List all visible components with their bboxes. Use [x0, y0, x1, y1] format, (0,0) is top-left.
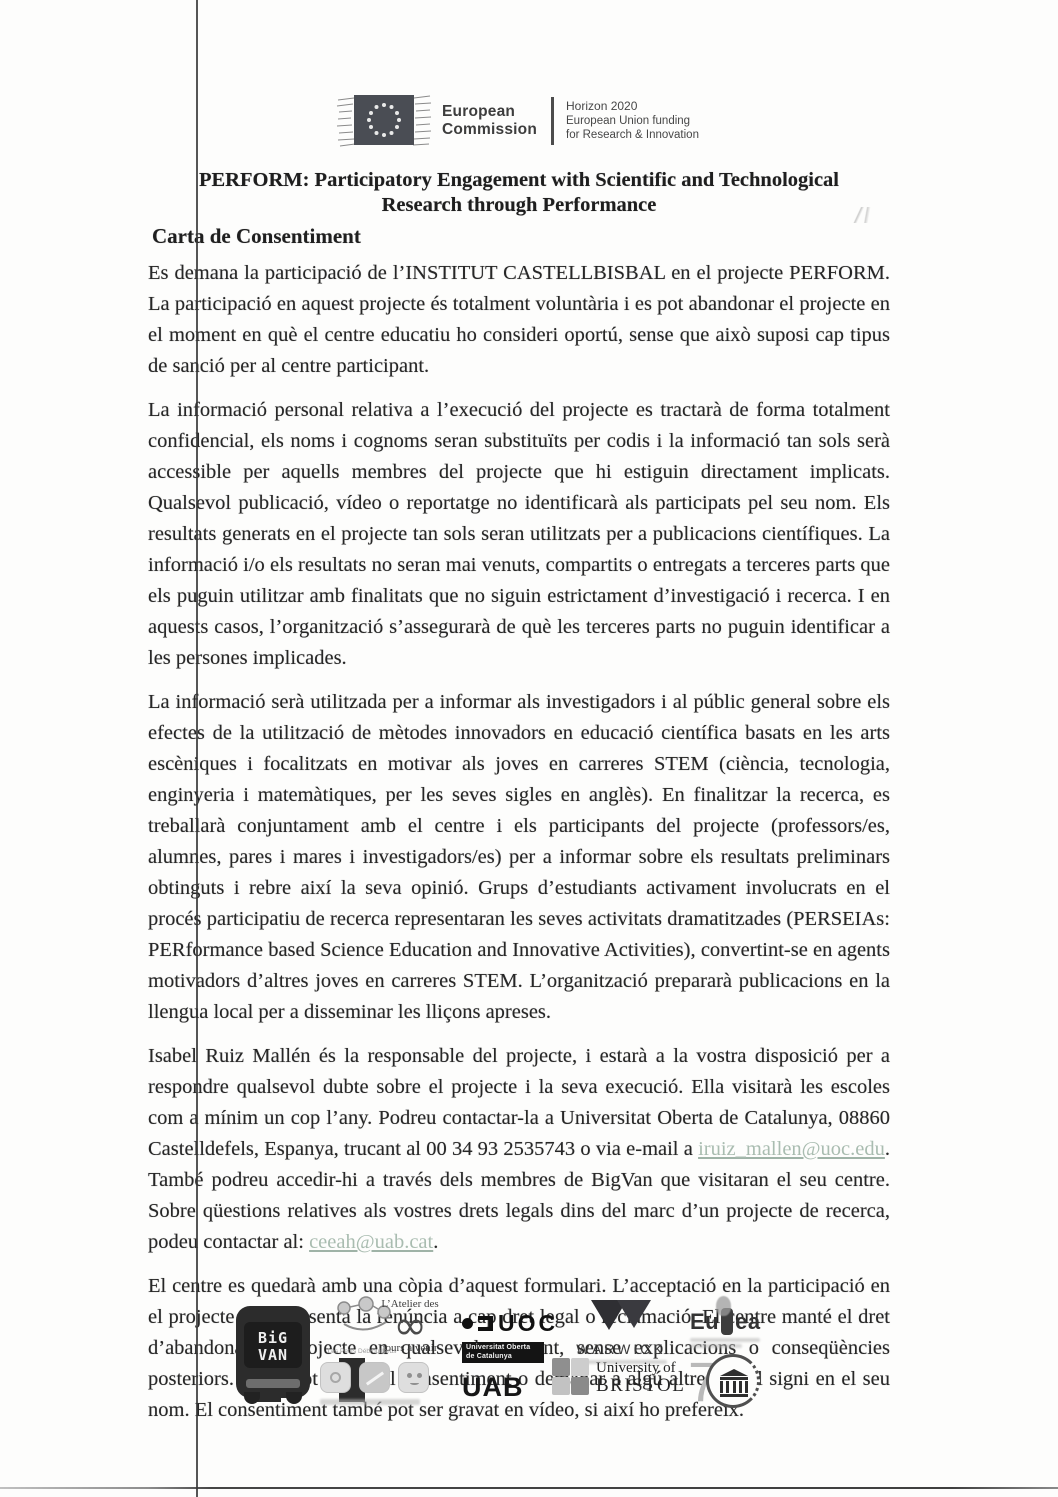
warwick-logo: WARWICK [566, 1300, 676, 1364]
uoc-square-icon [478, 1316, 493, 1331]
eu-flag-icon [336, 92, 432, 150]
project-title: PERFORM: Participatory Engagement with S… [148, 168, 890, 217]
paragraph-information-use: La informació serà utilitzada per a info… [148, 687, 890, 1028]
mini-icon-brush [359, 1362, 390, 1393]
eusea-fingerprint-icon [716, 1296, 731, 1316]
paragraph-confidentiality: La informació personal relativa a l’exec… [148, 395, 890, 674]
bottom-scan-edge-line [0, 1487, 1058, 1489]
eusea-label-right: ea [735, 1309, 760, 1335]
email-link-iruiz-mallen[interactable]: iruiz_mallen@uoc.edu [698, 1138, 885, 1160]
uoc-name-bar: Universitat Oberta de Catalunya [462, 1342, 544, 1363]
european-commission-logo: European Commission Horizon 2020 Europea… [336, 92, 699, 150]
mini-icon-gear [320, 1362, 351, 1393]
horizon-2020-text: Horizon 2020 European Union funding for … [566, 99, 699, 143]
parthenon-icon [720, 1369, 748, 1397]
uoc-dot-icon [462, 1318, 473, 1329]
paragraph-participation: Es demana la participació de l’INSTITUT … [148, 258, 890, 382]
bristol-label-bottom: BRISTOL [596, 1377, 685, 1394]
eusea-label-left: Eu [690, 1309, 719, 1335]
logo-divider [551, 97, 554, 145]
eusea-subcaption-1 [690, 1338, 760, 1342]
science-animation-icons [320, 1362, 430, 1405]
atelier-logo: L’Atelier des ∞ jours à venir [368, 1298, 452, 1354]
mini-icon-face [398, 1362, 429, 1393]
letter-heading: Carta de Consentiment [152, 224, 890, 249]
uab-logo: UAB [462, 1372, 558, 1403]
atelier-label-bottom: jours à venir [368, 1342, 452, 1354]
eusea-subcaption-2 [690, 1344, 742, 1348]
unesco-70-logo: 7 [688, 1352, 778, 1416]
letter-body: Carta de Consentiment Es demana la parti… [148, 224, 890, 1439]
vertical-fold-scan-line [196, 0, 198, 1497]
partner-logo-strip: BiG VAN Les Petits Débrouillards L’Ate [0, 1292, 1058, 1432]
bristol-logo: University of BRISTOL [552, 1358, 685, 1396]
eusea-logo: Eu ea [690, 1308, 761, 1348]
bigvan-bus-icon: BiG VAN [236, 1306, 310, 1398]
warwick-label: WARWICK [566, 1341, 676, 1357]
unesco-circle-icon [706, 1354, 760, 1408]
uoc-logo: UOC [462, 1310, 558, 1337]
scanned-consent-letter-page: European Commission Horizon 2020 Europea… [0, 0, 1058, 1497]
infinity-icon: ∞ [368, 1310, 452, 1342]
uoc-acronym: UOC [498, 1310, 558, 1337]
european-commission-wordmark: European Commission [442, 103, 537, 139]
paragraph-contact: Isabel Ruiz Mallén és la responsable del… [148, 1041, 890, 1258]
warwick-w-icon [589, 1300, 653, 1334]
email-link-ceeah-uab[interactable]: ceeah@uab.cat [309, 1231, 433, 1253]
illegible-caption [320, 1399, 420, 1405]
uoc-uab-logos: UOC Universitat Oberta de Catalunya UAB [462, 1310, 558, 1403]
bigvan-logo: BiG VAN [236, 1306, 310, 1398]
contact-text-3: . [433, 1231, 438, 1253]
bristol-crest-icon [552, 1358, 590, 1396]
